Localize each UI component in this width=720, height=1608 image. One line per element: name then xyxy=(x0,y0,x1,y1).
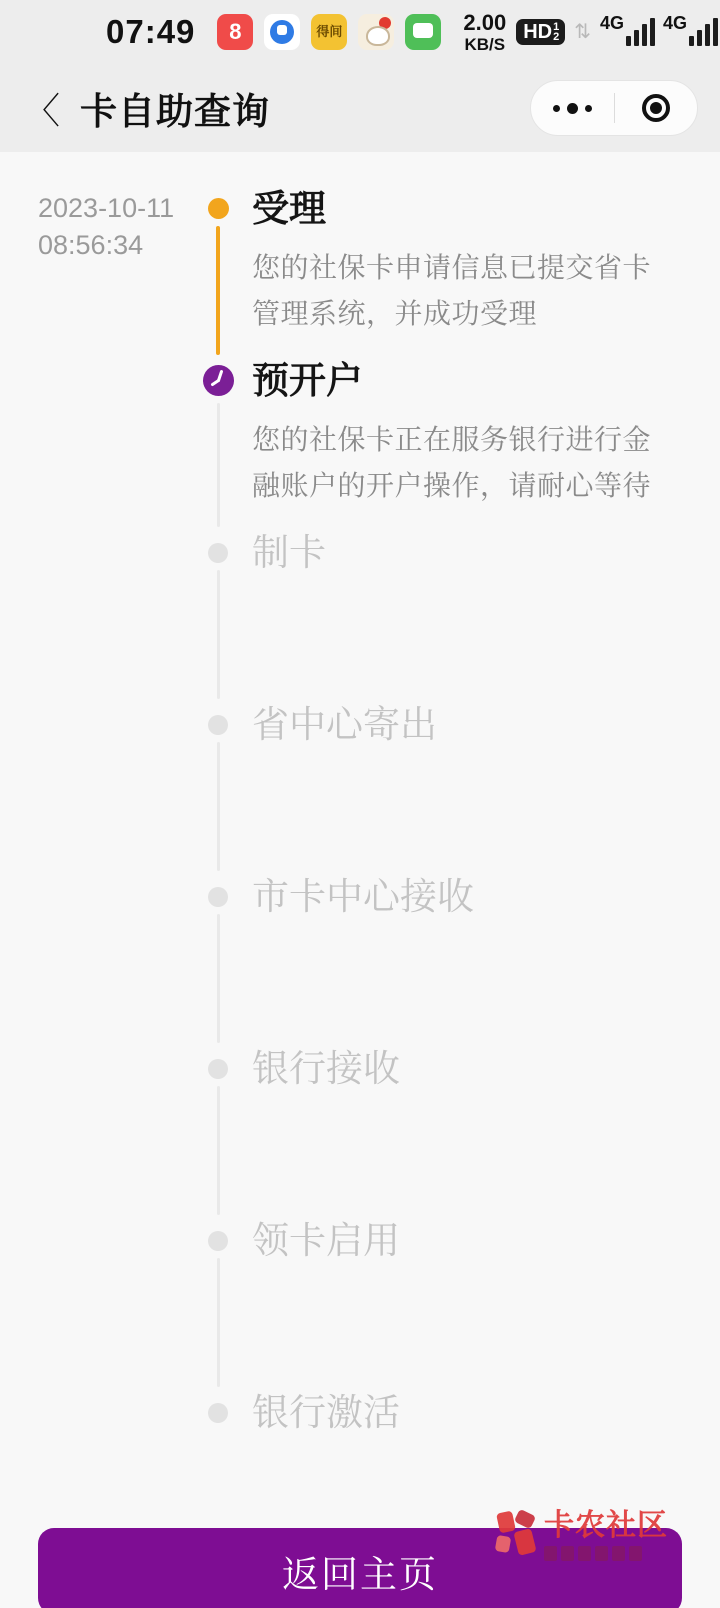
step-label: 市卡中心接收 xyxy=(252,878,680,915)
watermark-brand: 卡农社区 xyxy=(544,1510,668,1542)
status-bar: 07:49 2.00 KB/S HD 1 2 ⇅ 4G xyxy=(0,0,720,64)
step-label: 受理 xyxy=(252,190,680,227)
timeline-connector xyxy=(217,403,220,527)
messages-app-icon xyxy=(405,14,441,50)
timeline-connector xyxy=(217,570,220,699)
hd-voice-icon: HD 1 2 xyxy=(516,19,565,45)
network-speed-value: 2.00 xyxy=(463,12,506,34)
timeline-connector xyxy=(217,1086,220,1215)
step-description: 您的社保卡申请信息已提交省卡管理系统，并成功受理 xyxy=(252,245,677,337)
miniprogram-capsule xyxy=(530,80,698,136)
clock-time: 07:49 xyxy=(106,13,195,51)
timeline-connector xyxy=(217,914,220,1043)
back-button[interactable]: 〈 xyxy=(24,83,68,134)
blue-circle-app-icon xyxy=(264,14,300,50)
watermark-subtext xyxy=(544,1546,668,1561)
step-timestamp: 2023-10-11 08:56:34 xyxy=(38,190,174,264)
signal-sim1-icon: 4G xyxy=(600,18,655,46)
timeline-step-card-pickup: 领卡启用 xyxy=(0,1222,720,1394)
more-menu-button[interactable] xyxy=(531,81,614,135)
step-date: 2023-10-11 xyxy=(38,190,174,227)
step-time: 08:56:34 xyxy=(38,227,174,264)
step-dot-pending-icon xyxy=(208,887,228,907)
network-speed-unit: KB/S xyxy=(463,36,506,53)
kanong-logo-icon xyxy=(496,1510,538,1558)
jd-app-icon xyxy=(358,14,394,50)
timeline-step-card-making: 制卡 xyxy=(0,534,720,706)
target-circle-icon xyxy=(642,94,670,122)
progress-timeline: 2023-10-11 08:56:34 受理 您的社保卡申请信息已提交省卡管理系… xyxy=(0,152,720,1494)
timeline-step-bank-activate: 银行激活 xyxy=(0,1394,720,1494)
step-label: 银行接收 xyxy=(252,1050,680,1087)
step-dot-pending-icon xyxy=(208,1403,228,1423)
timeline-connector xyxy=(217,1258,220,1387)
timeline-step-bank-receive: 银行接收 xyxy=(0,1050,720,1222)
timeline-connector xyxy=(216,226,220,355)
step-dot-pending-icon xyxy=(208,1059,228,1079)
data-arrows-icon: ⇅ xyxy=(574,22,591,42)
timeline-step-pre-open-account: 预开户 您的社保卡正在服务银行进行金融账户的开户操作，请耐心等待 xyxy=(0,362,720,534)
step-label: 银行激活 xyxy=(252,1394,680,1431)
kuaishou-app-icon xyxy=(217,14,253,50)
network-speed: 2.00 KB/S xyxy=(463,12,506,53)
screen: 07:49 2.00 KB/S HD 1 2 ⇅ 4G xyxy=(0,0,720,1608)
timeline-step-accepted: 2023-10-11 08:56:34 受理 您的社保卡申请信息已提交省卡管理系… xyxy=(0,190,720,362)
step-label: 制卡 xyxy=(252,534,680,571)
step-dot-pending-icon xyxy=(208,1231,228,1251)
more-dots-icon xyxy=(553,103,592,114)
step-dot-pending-icon xyxy=(208,715,228,735)
nav-bar: 〈 卡自助查询 xyxy=(0,64,720,152)
step-dot-pending-icon xyxy=(208,543,228,563)
hd-sim2: 2 xyxy=(553,32,559,42)
step-label: 领卡启用 xyxy=(252,1222,680,1259)
notification-app-icons xyxy=(217,14,441,50)
step-dot-done-icon xyxy=(208,198,229,219)
timeline-step-city-receive: 市卡中心接收 xyxy=(0,878,720,1050)
signal-sim2-icon: 4G xyxy=(663,18,718,46)
step-description: 您的社保卡正在服务银行进行金融账户的开户操作，请耐心等待 xyxy=(252,417,677,509)
step-clock-icon xyxy=(203,365,234,396)
timeline-connector xyxy=(217,742,220,871)
step-label: 预开户 xyxy=(252,362,680,399)
network-type-1: 4G xyxy=(600,14,624,32)
watermark: 卡农社区 xyxy=(496,1510,668,1561)
page-title: 卡自助查询 xyxy=(80,81,270,135)
hd-label: HD xyxy=(523,22,552,42)
step-label: 省中心寄出 xyxy=(252,706,680,743)
status-indicators: 2.00 KB/S HD 1 2 ⇅ 4G 4G 72% xyxy=(463,12,720,53)
close-minimize-button[interactable] xyxy=(615,81,698,135)
network-type-2: 4G xyxy=(663,14,687,32)
dejian-novel-app-icon xyxy=(311,14,347,50)
timeline-step-province-ship: 省中心寄出 xyxy=(0,706,720,878)
